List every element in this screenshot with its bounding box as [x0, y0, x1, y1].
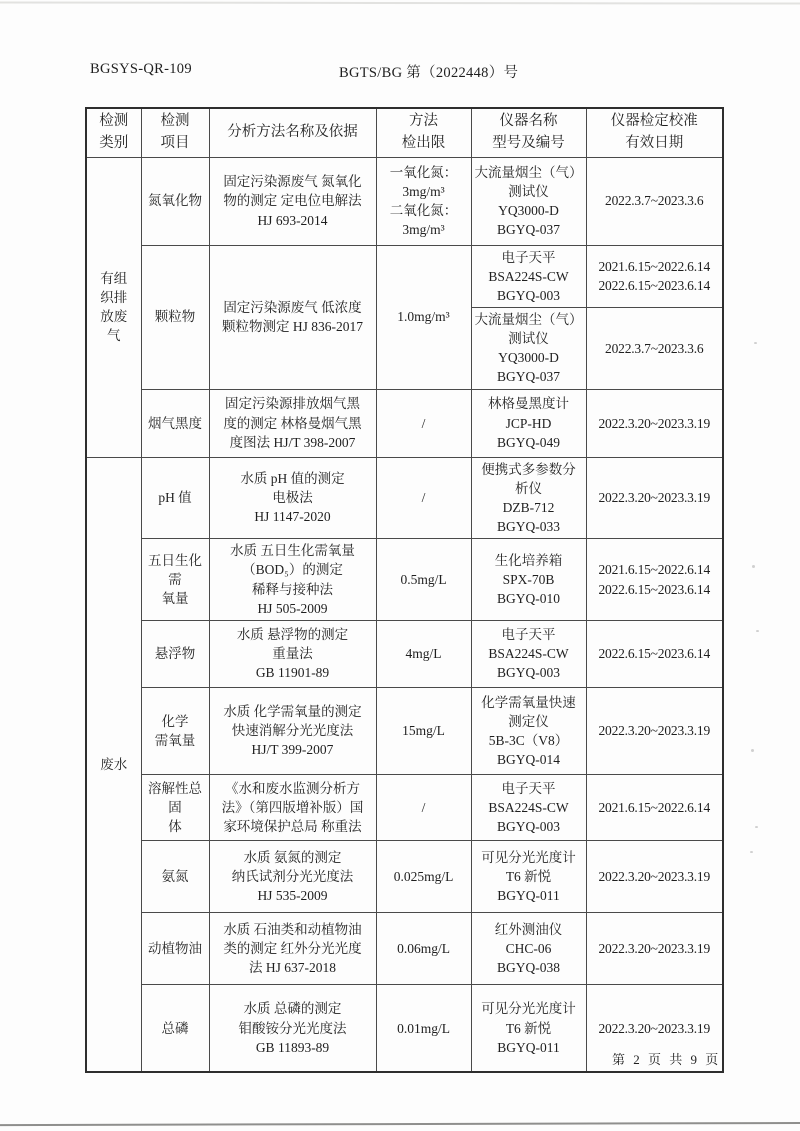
col-header-method: 分析方法名称及依据: [209, 108, 376, 157]
scan-speck: [751, 749, 754, 752]
scan-edge-bottom: [0, 1122, 800, 1126]
cell-pm-limit: 1.0mg/m³: [376, 245, 471, 389]
document-header: BGSYS-QR-109 BGTS/BG 第（2022448）号: [0, 61, 800, 83]
table-row: 动植物油 水质 石油类和动植物油 类的测定 红外分光光度 法 HJ 637-20…: [86, 912, 723, 984]
cell-nh3n-instrument: 可见分光光度计 T6 新悦 BGYQ-011: [471, 840, 586, 912]
cell-cod-limit: 15mg/L: [376, 687, 471, 774]
cell-pm-valid-date-sampler: 2022.3.7~2023.3.6: [586, 307, 723, 389]
col-header-category: 检测 类别: [86, 108, 141, 157]
cell-smoke-method: 固定污染源排放烟气黑 度的测定 林格曼烟气黑 度图法 HJ/T 398-2007: [209, 389, 376, 457]
cell-nh3n-valid-date: 2022.3.20~2023.3.19: [586, 840, 723, 912]
cell-ss-limit: 4mg/L: [376, 620, 471, 687]
cell-category-gas: 有组 织排 放废 气: [86, 157, 141, 457]
cell-ph-method: 水质 pH 值的测定 电极法 HJ 1147-2020: [209, 457, 376, 539]
scan-speck: [750, 851, 753, 853]
table-row: 颗粒物 固定污染源废气 低浓度 颗粒物测定 HJ 836-2017 1.0mg/…: [86, 245, 723, 307]
cell-bod5-valid-date: 2021.6.15~2022.6.14 2022.6.15~2023.6.14: [586, 539, 723, 621]
cell-nh3n-method: 水质 氨氮的测定 纳氏试剂分光光度法 HJ 535-2009: [209, 840, 376, 912]
table-row: 烟气黑度 固定污染源排放烟气黑 度的测定 林格曼烟气黑 度图法 HJ/T 398…: [86, 389, 723, 457]
cell-ph-item: pH 值: [141, 457, 209, 539]
col-header-item: 检测 项目: [141, 108, 209, 157]
table-row: 氨氮 水质 氨氮的测定 纳氏试剂分光光度法 HJ 535-2009 0.025m…: [86, 840, 723, 912]
scan-speck: [755, 826, 758, 828]
cell-nox-limit: 一氧化氮： 3mg/m³ 二氧化氮： 3mg/m³: [376, 157, 471, 245]
cell-tds-instrument: 电子天平 BSA224S-CW BGYQ-003: [471, 774, 586, 840]
cell-tp-item: 总磷: [141, 984, 209, 1072]
cell-tp-method: 水质 总磷的测定 钼酸铵分光光度法 GB 11893-89: [209, 984, 376, 1072]
cell-nh3n-limit: 0.025mg/L: [376, 840, 471, 912]
table-row: 化学 需氧量 水质 化学需氧量的测定 快速消解分光光度法 HJ/T 399-20…: [86, 687, 723, 774]
col-header-valid-date: 仪器检定校准 有效日期: [586, 108, 723, 157]
cell-ss-item: 悬浮物: [141, 620, 209, 687]
report-number: BGTS/BG 第（2022448）号: [339, 61, 518, 82]
table-row: 溶解性总固 体 《水和废水监测分析方 法》（第四版增补版）国 家环境保护总局 称…: [86, 774, 723, 840]
cell-oil-method: 水质 石油类和动植物油 类的测定 红外分光光度 法 HJ 637-2018: [209, 912, 376, 984]
scan-edge-top: [0, 1, 800, 4]
cell-bod5-item: 五日生化需 氧量: [141, 539, 209, 621]
cell-ss-instrument: 电子天平 BSA224S-CW BGYQ-003: [471, 620, 586, 687]
cell-oil-limit: 0.06mg/L: [376, 912, 471, 984]
col-header-limit: 方法 检出限: [376, 108, 471, 157]
method-instrument-table: 检测 类别 检测 项目 分析方法名称及依据 方法 检出限 仪器名称 型号及编号 …: [85, 107, 724, 1073]
form-number: BGSYS-QR-109: [90, 61, 192, 78]
cell-cod-instrument: 化学需氧量快速 测定仪 5B-3C（V8） BGYQ-014: [471, 687, 586, 774]
cell-tds-limit: /: [376, 774, 471, 840]
table-row: 废水 pH 值 水质 pH 值的测定 电极法 HJ 1147-2020 / 便携…: [86, 457, 723, 539]
cell-pm-valid-date-balance: 2021.6.15~2022.6.14 2022.6.15~2023.6.14: [586, 245, 723, 307]
scan-speck: [754, 342, 757, 344]
cell-tds-item: 溶解性总固 体: [141, 774, 209, 840]
cell-nox-method: 固定污染源废气 氮氧化 物的测定 定电位电解法 HJ 693-2014: [209, 157, 376, 245]
cell-bod5-instrument: 生化培养箱 SPX-70B BGYQ-010: [471, 539, 586, 621]
cell-smoke-limit: /: [376, 389, 471, 457]
cell-nox-instrument: 大流量烟尘（气） 测试仪 YQ3000-D BGYQ-037: [471, 157, 586, 245]
cell-bod5-limit: 0.5mg/L: [376, 539, 471, 621]
page-number: 第 2 页 共 9 页: [612, 1049, 721, 1068]
cell-pm-instrument-sampler: 大流量烟尘（气） 测试仪 YQ3000-D BGYQ-037: [471, 307, 586, 389]
cell-smoke-instrument: 林格曼黑度计 JCP-HD BGYQ-049: [471, 389, 586, 457]
table-row: 五日生化需 氧量 水质 五日生化需氧量 （BOD₅）的测定 稀释与接种法 HJ …: [86, 539, 723, 621]
cell-ph-instrument: 便携式多参数分 析仪 DZB-712 BGYQ-033: [471, 457, 586, 539]
cell-cod-valid-date: 2022.3.20~2023.3.19: [586, 687, 723, 774]
cell-cod-method: 水质 化学需氧量的测定 快速消解分光光度法 HJ/T 399-2007: [209, 687, 376, 774]
cell-oil-instrument: 红外测油仪 CHC-06 BGYQ-038: [471, 912, 586, 984]
cell-category-wastewater: 废水: [86, 457, 141, 1072]
cell-bod5-method: 水质 五日生化需氧量 （BOD₅）的测定 稀释与接种法 HJ 505-2009: [209, 539, 376, 621]
table-row: 悬浮物 水质 悬浮物的测定 重量法 GB 11901-89 4mg/L 电子天平…: [86, 620, 723, 687]
table-header-row: 检测 类别 检测 项目 分析方法名称及依据 方法 检出限 仪器名称 型号及编号 …: [86, 108, 723, 157]
cell-nh3n-item: 氨氮: [141, 840, 209, 912]
cell-oil-valid-date: 2022.3.20~2023.3.19: [586, 912, 723, 984]
cell-pm-method: 固定污染源废气 低浓度 颗粒物测定 HJ 836-2017: [209, 245, 376, 389]
cell-ph-valid-date: 2022.3.20~2023.3.19: [586, 457, 723, 539]
document-page: BGSYS-QR-109 BGTS/BG 第（2022448）号 检测 类别 检…: [0, 0, 800, 1131]
scan-speck: [752, 565, 755, 568]
cell-nox-item: 氮氧化物: [141, 157, 209, 245]
scan-speck: [756, 630, 759, 632]
cell-smoke-item: 烟气黑度: [141, 389, 209, 457]
col-header-instrument: 仪器名称 型号及编号: [471, 108, 586, 157]
cell-cod-item: 化学 需氧量: [141, 687, 209, 774]
cell-ph-limit: /: [376, 457, 471, 539]
cell-tds-method: 《水和废水监测分析方 法》（第四版增补版）国 家环境保护总局 称重法: [209, 774, 376, 840]
cell-tp-instrument: 可见分光光度计 T6 新悦 BGYQ-011: [471, 984, 586, 1072]
cell-ss-method: 水质 悬浮物的测定 重量法 GB 11901-89: [209, 620, 376, 687]
cell-ss-valid-date: 2022.6.15~2023.6.14: [586, 620, 723, 687]
cell-nox-valid-date: 2022.3.7~2023.3.6: [586, 157, 723, 245]
cell-pm-instrument-balance: 电子天平 BSA224S-CW BGYQ-003: [471, 245, 586, 307]
cell-tds-valid-date: 2021.6.15~2022.6.14: [586, 774, 723, 840]
cell-pm-item: 颗粒物: [141, 245, 209, 389]
cell-tp-limit: 0.01mg/L: [376, 984, 471, 1072]
cell-oil-item: 动植物油: [141, 912, 209, 984]
cell-smoke-valid-date: 2022.3.20~2023.3.19: [586, 389, 723, 457]
table-row: 有组 织排 放废 气 氮氧化物 固定污染源废气 氮氧化 物的测定 定电位电解法 …: [86, 157, 723, 245]
